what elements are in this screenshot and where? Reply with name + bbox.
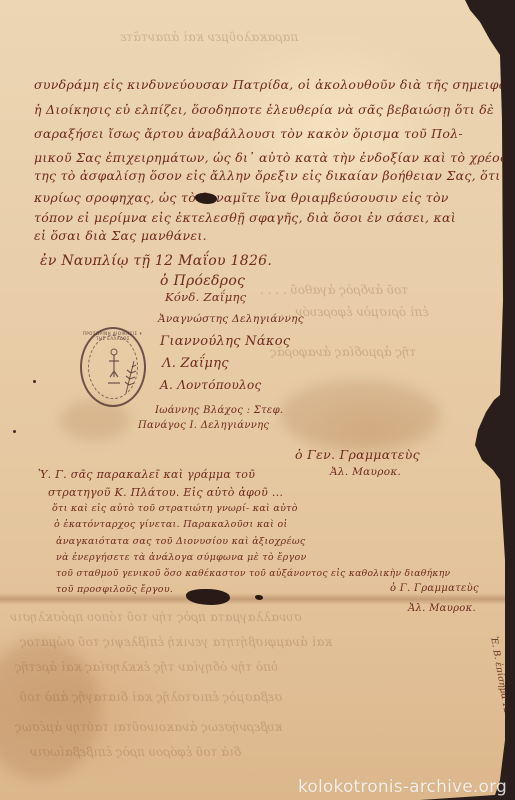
postscript-line: ὅτι καὶ εἰς αὐτὸ τοῦ στρατιώτη γνωρί- κα… (52, 503, 298, 514)
postscript-line: ὁ ἑκατόνταρχος γίνεται. Παρακαλοῦσι καὶ … (54, 519, 288, 530)
document-photograph: παρακαλοῦμεν καὶ ἀπαντᾶτε τοῦ ἀνδρὸς ἀγα… (0, 0, 515, 800)
member-signature: Πανάγος Ι. Δεληγιάννης (138, 420, 269, 431)
bleed-through-text: κυβερνήσεως ἀνακοινοῦται ταύτην ἀμέσως (15, 720, 282, 734)
bleed-through-text: ὑπὸ τὴν ὁδηγίαν τῆς ἐκκλησίας καὶ ἀρετῆς (15, 660, 278, 674)
watermark-text: kolokotronis-archive.org (298, 777, 507, 797)
letter-body-line: ἡ Διοίκησις εὐ ελπίζει, ὅσοδηποτε ἐλευθε… (34, 102, 494, 117)
official-seal: ΠΡΟΣΩΡΙΝΗ ΔΙΟΙΚΗΣΙΣ ✝ ΤΗΣ ΕΛΛΑΔΟΣ (80, 327, 146, 407)
member-signature: Γιαννούλης Νάκος (160, 334, 290, 349)
paper-sheet: παρακαλοῦμεν καὶ ἀπαντᾶτε τοῦ ἀνδρὸς ἀγα… (0, 0, 505, 800)
bleed-through-text: συναλλαγματα πρὸς τὴν τοῦ τόπου πρόσκλησ… (10, 610, 302, 624)
seal-figure-icon (106, 347, 122, 391)
letter-body-line: συνδράμη εἰς κινδυνεύουσαν Πατρίδα, οἱ ἀ… (34, 77, 515, 92)
letter-body-line: εἰ ὅσαι διὰ Σας μανθάνει. (34, 228, 207, 243)
bleed-through-text: διὰ τοῦ ἐφόρου πρὸς ἐπιβεβαίωσιν (30, 745, 241, 759)
bleed-through-text: τοῦ ἀνδρὸς ἀγαθοῦ . . . . (260, 283, 408, 297)
letter-body-line: μικοῦ Σας ἐπιχειρημάτων, ὡς δι᾿ αὐτὸ κατ… (34, 150, 507, 165)
secretary-title: ὁ Γεν. Γραμματεὺς (295, 447, 420, 462)
secretary-signature: Ἀλ. Μαυροκ. (330, 466, 401, 478)
ink-dot (33, 380, 36, 383)
president-signature: Κόνδ. Ζαΐμης (165, 290, 246, 304)
member-signature: Ιωάννης Βλάχος : Στεφ. (155, 405, 283, 416)
water-stain (280, 380, 440, 450)
postscript-line: Ὑ. Γ. σᾶς παρακαλεῖ καὶ γράμμα τοῦ (38, 468, 255, 481)
member-signature: Α. Λοντόπουλος (160, 378, 262, 392)
laurel-branch-icon (122, 359, 138, 395)
bleed-through-text: σεβασμὸς ἐπιστολῆς καὶ διαταγῆς ἀπὸ τοῦ (20, 690, 282, 704)
bleed-through-text: παρακαλοῦμεν καὶ ἀπαντᾶτε (120, 30, 298, 44)
margin-note: Ἐ. Β. ἐπίσημα 12 Μαΐου 1826 ... (488, 636, 515, 783)
postscript-line: στρατηγοῦ Κ. Πλάτου. Εἰς αὐτὸ ἀφοῦ ... (48, 486, 283, 499)
ink-blot (195, 193, 217, 204)
member-signature: Λ. Ζαΐμης (162, 356, 229, 371)
president-title: ὁ Πρόεδρος (160, 273, 245, 289)
seal-inscription: ΠΡΟΣΩΡΙΝΗ ΔΙΟΙΚΗΣΙΣ ✝ ΤΗΣ ΕΛΛΑΔΟΣ (82, 331, 144, 341)
postscript-line: τοῦ προσφιλοῦς ἔργου. (56, 584, 173, 595)
date-line: ἐν Ναυπλίῳ τῇ 12 Μαΐου 1826. (40, 253, 272, 269)
ink-dot (13, 430, 16, 433)
postscript-signature-title: ὁ Γ. Γραμματεὺς (390, 583, 479, 594)
letter-body-line: τόπον εἰ μερίμνα εἰς ἐκτελεσθῇ σφαγῆς, δ… (34, 210, 456, 225)
postscript-line: νὰ ἐνεργήσετε τὰ ἀνάλογα σύμφωνα μὲ τὸ ἔ… (56, 552, 307, 563)
postscript-line: τοῦ σταθμοῦ γενικοῦ ὅσο καθέκαστον τοῦ α… (56, 568, 450, 579)
postscript-signature-name: Ἀλ. Μαυροκ. (408, 603, 476, 614)
letter-body-line: σαραξήσει ἴσως ἄρτου ἀναβάλλουσι τὸν κακ… (34, 126, 463, 141)
ink-blot (255, 595, 263, 600)
bleed-through-text: τῆς ἀρμοδίας ἀναφορᾶς (270, 345, 416, 359)
letter-body-line: της τὸ ἀσφαλίσῃ ὅσον εἰς ἄλλην ὄρεξιν εἰ… (34, 168, 500, 183)
postscript-line: ἀναγκαιότατα σας τοῦ Διονυσίου καὶ ἀξιοχ… (56, 536, 306, 547)
member-signature: Ἀναγνώστης Δεληγιάννης (158, 313, 304, 325)
letter-body-line: κυρίως σροφηχας, ὡς τὸ δυναμῖτε ἵνα θρια… (34, 190, 449, 205)
bleed-through-text: καὶ ἀναμφισβήτητα γενικὴ ἐπίβλεψις τοῦ σ… (20, 635, 332, 649)
